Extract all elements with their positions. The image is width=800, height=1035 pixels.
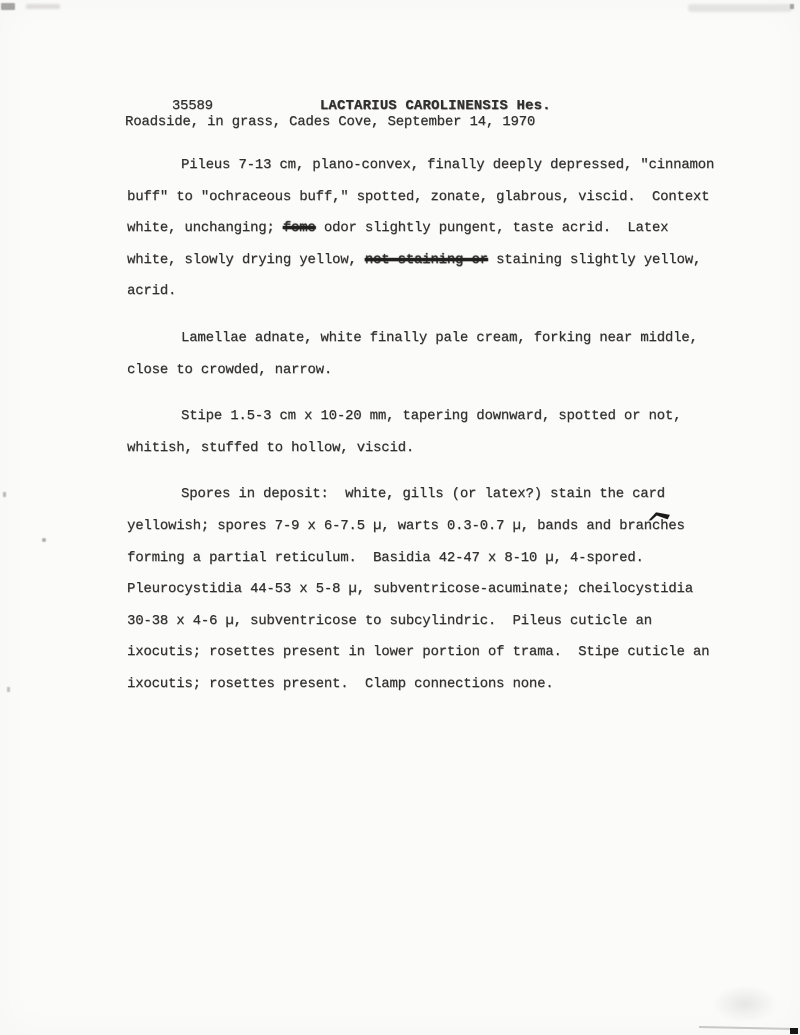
text-line: Pileus 7-13 cm, plano-convex, finally de…	[127, 150, 737, 182]
paragraph-spores-microscopy: Spores in deposit: white, gills (or late…	[127, 479, 737, 700]
typewritten-text: buff" to "ochraceous buff," spotted, zon…	[127, 189, 709, 205]
scan-artifact-bottom-right-corner-mark	[790, 1028, 798, 1034]
scan-artifact-top-right-tick	[790, 4, 794, 9]
text-line: ixocutis; rosettes present in lower port…	[127, 637, 737, 669]
scan-artifact-bottom-right-line	[699, 1026, 796, 1030]
text-line: white, slowly drying yellow, not stainin…	[127, 245, 737, 277]
typewritten-text: forming a partial reticulum. Basidia 42-…	[127, 550, 644, 566]
text-line: forming a partial reticulum. Basidia 42-…	[127, 543, 737, 575]
scan-artifact-top-left-smudge	[1, 3, 15, 10]
typewritten-text: Pileus 7-13 cm, plano-convex, finally de…	[181, 157, 714, 173]
text-line: white, unchanging; fome odor slightly pu…	[127, 213, 737, 245]
typewritten-text: acrid.	[127, 283, 176, 299]
typewritten-text: Spores in deposit: white, gills (or late…	[181, 486, 665, 502]
paragraph-lamellae: Lamellae adnate, white finally pale crea…	[127, 323, 737, 386]
text-line: Lamellae adnate, white finally pale crea…	[127, 323, 737, 355]
typewritten-text: white, slowly drying yellow,	[127, 252, 365, 268]
struck-out-text: not staining or	[365, 252, 488, 268]
scanned-document-page: 35589LACTARIUS CAROLINENSIS Hes. Roadsid…	[0, 0, 800, 1035]
text-line: ixocutis; rosettes present. Clamp connec…	[127, 669, 737, 701]
scan-artifact-top-left-smudge-light	[26, 4, 60, 9]
typewritten-text: odor slightly pungent, taste acrid. Late…	[316, 220, 669, 236]
text-line: acrid.	[127, 276, 737, 308]
typewritten-text: Lamellae adnate, white finally pale crea…	[181, 330, 698, 346]
text-line: buff" to "ochraceous buff," spotted, zon…	[127, 182, 737, 214]
scan-artifact-left-speck-2	[42, 538, 46, 542]
text-line: Stipe 1.5-3 cm x 10-20 mm, tapering down…	[127, 401, 737, 433]
paragraph-stipe: Stipe 1.5-3 cm x 10-20 mm, tapering down…	[127, 401, 737, 464]
typewritten-text: staining slightly yellow,	[488, 252, 701, 268]
typewritten-text: Stipe 1.5-3 cm x 10-20 mm, tapering down…	[181, 408, 681, 424]
scan-artifact-left-speck-1	[3, 492, 6, 497]
typewritten-text: yellowish; spores 7-9 x 6-7.5 µ, warts 0…	[127, 518, 685, 534]
document-body: Pileus 7-13 cm, plano-convex, finally de…	[127, 150, 737, 716]
text-line: close to crowded, narrow.	[127, 355, 737, 387]
struck-out-text: fome	[283, 220, 316, 236]
typewritten-text: Pleurocystidia 44-53 x 5-8 µ, subventric…	[127, 581, 693, 597]
text-line: whitish, stuffed to hollow, viscid.	[127, 433, 737, 465]
typewritten-text: ixocutis; rosettes present. Clamp connec…	[127, 676, 553, 692]
typewritten-text: whitish, stuffed to hollow, viscid.	[127, 440, 414, 456]
scan-artifact-top-right-streak	[688, 4, 792, 12]
typewritten-text: 30-38 x 4-6 µ, subventricose to subcylin…	[127, 613, 652, 629]
text-line: Spores in deposit: white, gills (or late…	[127, 479, 737, 511]
text-line: 30-38 x 4-6 µ, subventricose to subcylin…	[127, 606, 737, 638]
text-line: yellowish; spores 7-9 x 6-7.5 µ, warts 0…	[127, 511, 737, 543]
typewritten-text: close to crowded, narrow.	[127, 362, 332, 378]
scan-artifact-bottom-right-smudge	[712, 985, 778, 1023]
typewritten-text: ixocutis; rosettes present in lower port…	[127, 644, 709, 660]
text-line: Pleurocystidia 44-53 x 5-8 µ, subventric…	[127, 574, 737, 606]
paragraph-pileus: Pileus 7-13 cm, plano-convex, finally de…	[127, 150, 737, 308]
scan-artifact-left-speck-3	[7, 687, 10, 692]
collection-locality-line: Roadside, in grass, Cades Cove, Septembe…	[125, 112, 535, 132]
typewritten-text: white, unchanging;	[127, 220, 283, 236]
